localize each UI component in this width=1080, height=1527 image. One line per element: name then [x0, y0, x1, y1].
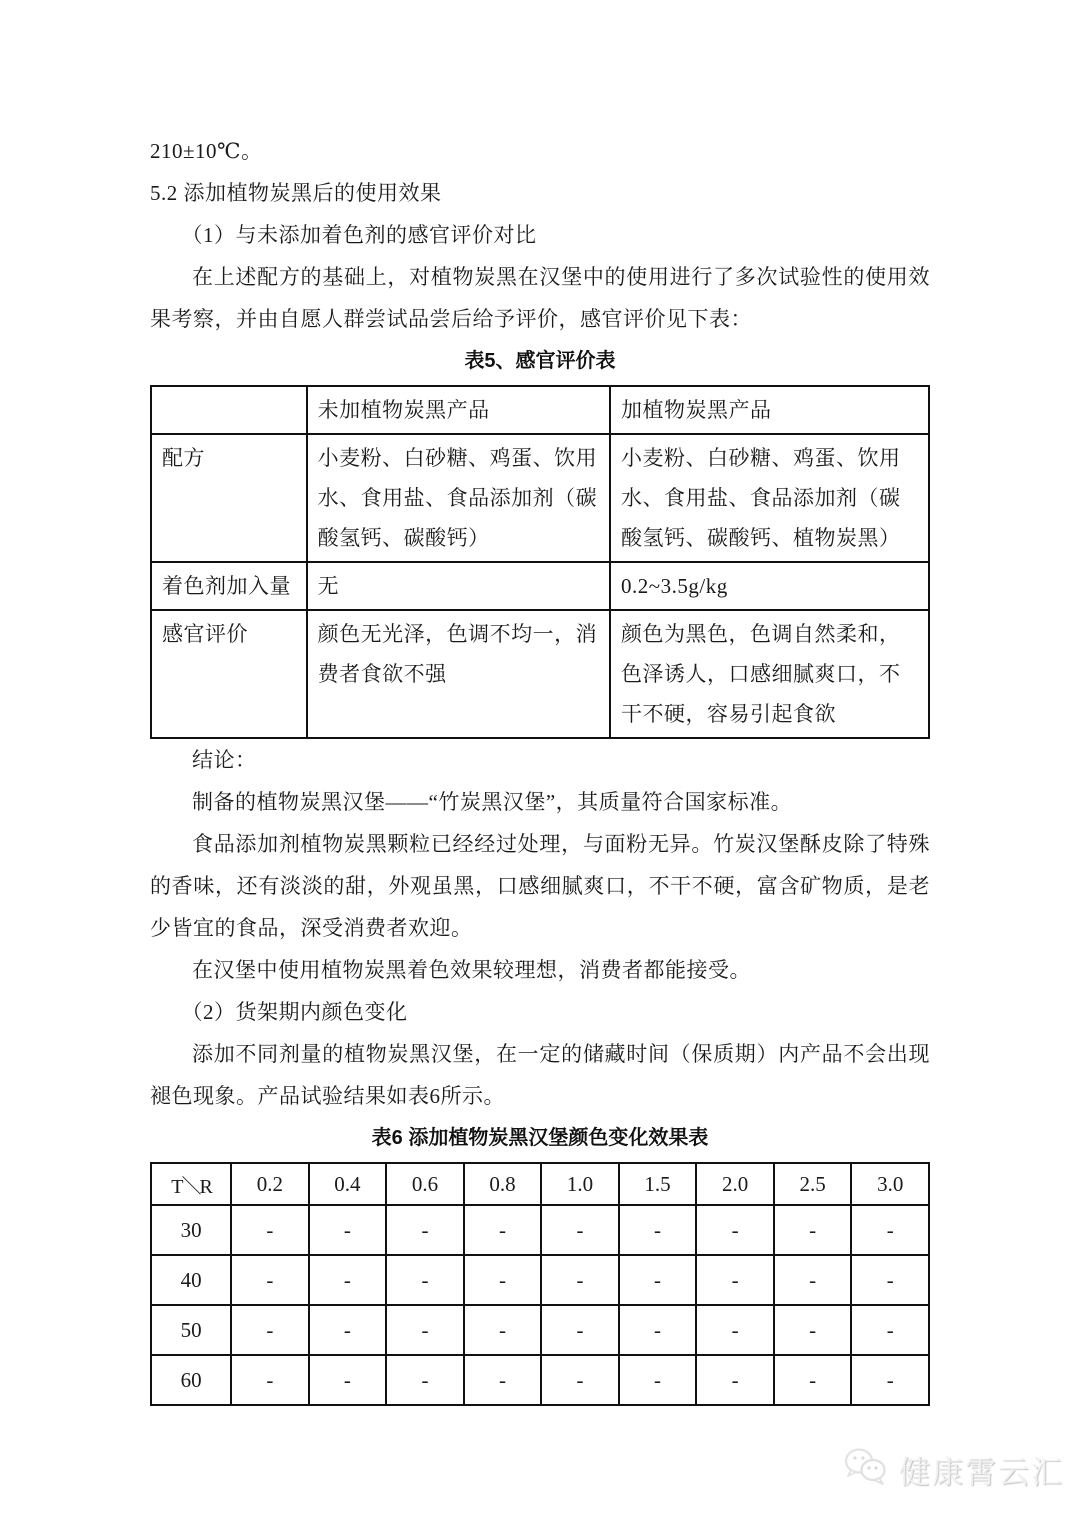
- table-cell: -: [386, 1255, 464, 1305]
- conclusion-paragraph: 食品添加剂植物炭黑颗粒已经经过处理，与面粉无异。竹炭汉堡酥皮除了特殊的香味，还有…: [150, 823, 930, 949]
- table-cell: -: [774, 1305, 852, 1355]
- table-cell: 小麦粉、白砂糖、鸡蛋、饮用水、食用盐、食品添加剂（碳酸氢钙、碳酸钙）: [307, 434, 610, 562]
- table-cell: 加植物炭黑产品: [610, 386, 929, 434]
- table-cell: -: [619, 1355, 697, 1405]
- table-row: 60 - - - - - - - - -: [151, 1355, 929, 1405]
- color-change-table: T＼R 0.2 0.4 0.6 0.8 1.0 1.5 2.0 2.5 3.0 …: [150, 1162, 930, 1406]
- table-cell: -: [464, 1305, 542, 1355]
- table-cell: -: [464, 1205, 542, 1255]
- table-cell: -: [696, 1205, 774, 1255]
- table-cell: -: [464, 1355, 542, 1405]
- table-cell: -: [541, 1305, 619, 1355]
- column-header: 0.4: [309, 1163, 387, 1205]
- table5-title: 表5、感官评价表: [150, 341, 930, 381]
- table-cell: -: [309, 1205, 387, 1255]
- column-header: 0.2: [231, 1163, 309, 1205]
- sensory-evaluation-table: 未加植物炭黑产品 加植物炭黑产品 配方 小麦粉、白砂糖、鸡蛋、饮用水、食用盐、食…: [150, 385, 930, 739]
- table-cell: -: [851, 1355, 929, 1405]
- row-label: 配方: [151, 434, 307, 562]
- row-label: 30: [151, 1205, 231, 1255]
- table-row: 着色剂加入量 无 0.2~3.5g/kg: [151, 562, 929, 610]
- item-2-heading: （2）货架期内颜色变化: [150, 991, 930, 1033]
- table-cell: -: [231, 1305, 309, 1355]
- table-cell: -: [774, 1255, 852, 1305]
- table-cell: -: [541, 1355, 619, 1405]
- table-row: 感官评价 颜色无光泽，色调不均一，消费者食欲不强 颜色为黑色，色调自然柔和，色泽…: [151, 610, 929, 738]
- watermark: 健康霄云汇: [843, 1446, 1064, 1493]
- column-header: 0.6: [386, 1163, 464, 1205]
- table-cell: -: [696, 1305, 774, 1355]
- column-header: 2.0: [696, 1163, 774, 1205]
- table-cell: -: [696, 1255, 774, 1305]
- table-row: 50 - - - - - - - - -: [151, 1305, 929, 1355]
- table-cell: -: [774, 1355, 852, 1405]
- table-cell: -: [464, 1255, 542, 1305]
- section-heading-5-2: 5.2 添加植物炭黑后的使用效果: [150, 172, 930, 214]
- column-header: 0.8: [464, 1163, 542, 1205]
- table-cell: -: [851, 1255, 929, 1305]
- table-cell: -: [309, 1255, 387, 1305]
- table-row: 40 - - - - - - - - -: [151, 1255, 929, 1305]
- table-cell: -: [696, 1355, 774, 1405]
- table-row: 未加植物炭黑产品 加植物炭黑产品: [151, 386, 929, 434]
- table-cell: -: [386, 1305, 464, 1355]
- table-cell: [151, 386, 307, 434]
- table-cell: 0.2~3.5g/kg: [610, 562, 929, 610]
- row-label: 60: [151, 1355, 231, 1405]
- table-cell: 颜色无光泽，色调不均一，消费者食欲不强: [307, 610, 610, 738]
- table-cell: 未加植物炭黑产品: [307, 386, 610, 434]
- table-cell: -: [541, 1255, 619, 1305]
- table-row: 配方 小麦粉、白砂糖、鸡蛋、饮用水、食用盐、食品添加剂（碳酸氢钙、碳酸钙） 小麦…: [151, 434, 929, 562]
- row-label: 感官评价: [151, 610, 307, 738]
- intro-paragraph: 在上述配方的基础上，对植物炭黑在汉堡中的使用进行了多次试验性的使用效果考察，并由…: [150, 256, 930, 340]
- table-cell: -: [541, 1205, 619, 1255]
- row-label: 50: [151, 1305, 231, 1355]
- table-row: 30 - - - - - - - - -: [151, 1205, 929, 1255]
- temperature-line: 210±10℃。: [150, 130, 930, 172]
- column-header: 3.0: [851, 1163, 929, 1205]
- corner-header-cell: T＼R: [151, 1163, 231, 1205]
- table-cell: -: [386, 1205, 464, 1255]
- document-page: 210±10℃。 5.2 添加植物炭黑后的使用效果 （1）与未添加着色剂的感官评…: [150, 130, 930, 1406]
- table-row: T＼R 0.2 0.4 0.6 0.8 1.0 1.5 2.0 2.5 3.0: [151, 1163, 929, 1205]
- conclusion-paragraph: 制备的植物炭黑汉堡——“竹炭黑汉堡”，其质量符合国家标准。: [150, 781, 930, 823]
- item-1-heading: （1）与未添加着色剂的感官评价对比: [150, 214, 930, 256]
- conclusion-paragraph: 在汉堡中使用植物炭黑着色效果较理想，消费者都能接受。: [150, 949, 930, 991]
- row-label: 40: [151, 1255, 231, 1305]
- column-header: 1.5: [619, 1163, 697, 1205]
- table-cell: 无: [307, 562, 610, 610]
- table-cell: -: [851, 1305, 929, 1355]
- column-header: 1.0: [541, 1163, 619, 1205]
- shelf-life-paragraph: 添加不同剂量的植物炭黑汉堡，在一定的储藏时间（保质期）内产品不会出现褪色现象。产…: [150, 1033, 930, 1117]
- watermark-text: 健康霄云汇: [899, 1447, 1064, 1492]
- table-cell: -: [619, 1305, 697, 1355]
- table-cell: -: [851, 1205, 929, 1255]
- table-cell: -: [619, 1205, 697, 1255]
- table-cell: -: [774, 1205, 852, 1255]
- table-cell: -: [309, 1355, 387, 1405]
- row-label: 着色剂加入量: [151, 562, 307, 610]
- table-cell: -: [309, 1305, 387, 1355]
- table-cell: -: [619, 1255, 697, 1305]
- table-cell: 颜色为黑色，色调自然柔和，色泽诱人，口感细腻爽口，不干不硬，容易引起食欲: [610, 610, 929, 738]
- table-cell: -: [231, 1205, 309, 1255]
- column-header: 2.5: [774, 1163, 852, 1205]
- table-cell: -: [231, 1355, 309, 1405]
- table-cell: -: [386, 1355, 464, 1405]
- table-cell: 小麦粉、白砂糖、鸡蛋、饮用水、食用盐、食品添加剂（碳酸氢钙、碳酸钙、植物炭黑）: [610, 434, 929, 562]
- table6-title: 表6 添加植物炭黑汉堡颜色变化效果表: [150, 1118, 930, 1158]
- table-cell: -: [231, 1255, 309, 1305]
- wechat-bubbles-icon: [843, 1446, 891, 1493]
- conclusion-label: 结论：: [150, 739, 930, 781]
